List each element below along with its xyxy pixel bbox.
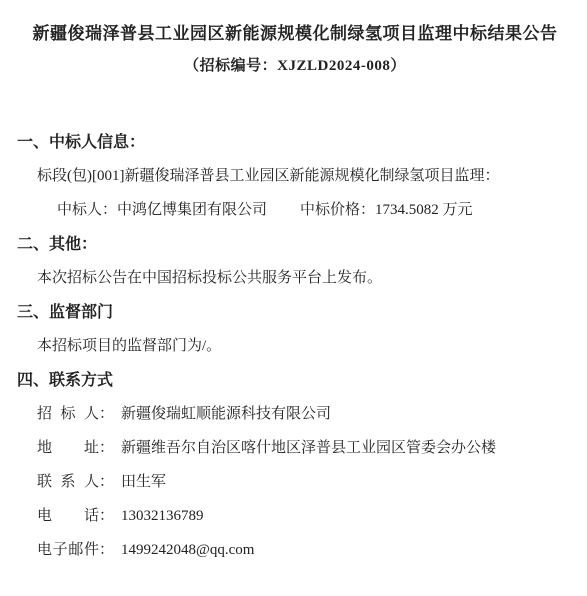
contact-row-email: 电子邮件：1499242048@qq.com bbox=[17, 540, 573, 561]
price-group: 中标价格：1734.5082 万元 bbox=[300, 202, 473, 218]
contact-colon: ： bbox=[99, 440, 114, 456]
contact-colon: ： bbox=[99, 542, 114, 558]
other-body: 本次招标公告在中国招标投标公共服务平台上发布。 bbox=[17, 268, 573, 289]
contact-label: 电话 bbox=[37, 506, 99, 527]
price-value: 1734.5082 万元 bbox=[375, 202, 473, 218]
contact-row-person: 联系人：田生军 bbox=[17, 472, 573, 493]
section-other: 二、其他： 本次招标公告在中国招标投标公共服务平台上发布。 bbox=[17, 234, 573, 289]
contact-row-tenderer: 招标人：新疆俊瑞虹顺能源科技有限公司 bbox=[17, 404, 573, 425]
contact-value: 13032136789 bbox=[121, 508, 204, 524]
contact-label: 地址 bbox=[37, 438, 99, 459]
section-contact-heading: 四、联系方式 bbox=[17, 370, 573, 391]
contact-label: 联系人 bbox=[37, 472, 99, 493]
winner-label: 中标人： bbox=[57, 202, 117, 218]
section-winner-heading: 一、中标人信息： bbox=[17, 132, 573, 153]
section-contact: 四、联系方式 招标人：新疆俊瑞虹顺能源科技有限公司 地址：新疆维吾尔自治区喀什地… bbox=[17, 370, 573, 561]
winner-line: 中标人：中鸿亿博集团有限公司中标价格：1734.5082 万元 bbox=[17, 200, 573, 221]
tender-number: （招标编号：XJZLD2024-008） bbox=[17, 56, 573, 77]
contact-colon: ： bbox=[99, 474, 114, 490]
announcement-document: 新疆俊瑞泽普县工业园区新能源规模化制绿氢项目监理中标结果公告 （招标编号：XJZ… bbox=[0, 0, 587, 596]
contact-label: 电子邮件 bbox=[37, 540, 99, 561]
page-title: 新疆俊瑞泽普县工业园区新能源规模化制绿氢项目监理中标结果公告 bbox=[17, 22, 573, 46]
contact-colon: ： bbox=[99, 406, 114, 422]
winner-value: 中鸿亿博集团有限公司 bbox=[117, 202, 267, 218]
contact-value: 新疆俊瑞虹顺能源科技有限公司 bbox=[121, 406, 331, 422]
contact-value: 1499242048@qq.com bbox=[121, 542, 254, 558]
section-winner-info: 一、中标人信息： 标段(包)[001]新疆俊瑞泽普县工业园区新能源规模化制绿氢项… bbox=[17, 132, 573, 221]
contact-colon: ： bbox=[99, 508, 114, 524]
section-supervision-heading: 三、监督部门 bbox=[17, 302, 573, 323]
contact-label: 招标人 bbox=[37, 404, 99, 425]
contact-value: 新疆维吾尔自治区喀什地区泽普县工业园区管委会办公楼 bbox=[121, 440, 496, 456]
section-other-heading: 二、其他： bbox=[17, 234, 573, 255]
contact-row-address: 地址：新疆维吾尔自治区喀什地区泽普县工业园区管委会办公楼 bbox=[17, 438, 573, 459]
contact-value: 田生军 bbox=[121, 474, 166, 490]
lot-line: 标段(包)[001]新疆俊瑞泽普县工业园区新能源规模化制绿氢项目监理： bbox=[17, 166, 573, 187]
section-supervision: 三、监督部门 本招标项目的监督部门为/。 bbox=[17, 302, 573, 357]
supervision-body: 本招标项目的监督部门为/。 bbox=[17, 336, 573, 357]
contact-row-phone: 电话：13032136789 bbox=[17, 506, 573, 527]
price-label: 中标价格： bbox=[300, 202, 375, 218]
